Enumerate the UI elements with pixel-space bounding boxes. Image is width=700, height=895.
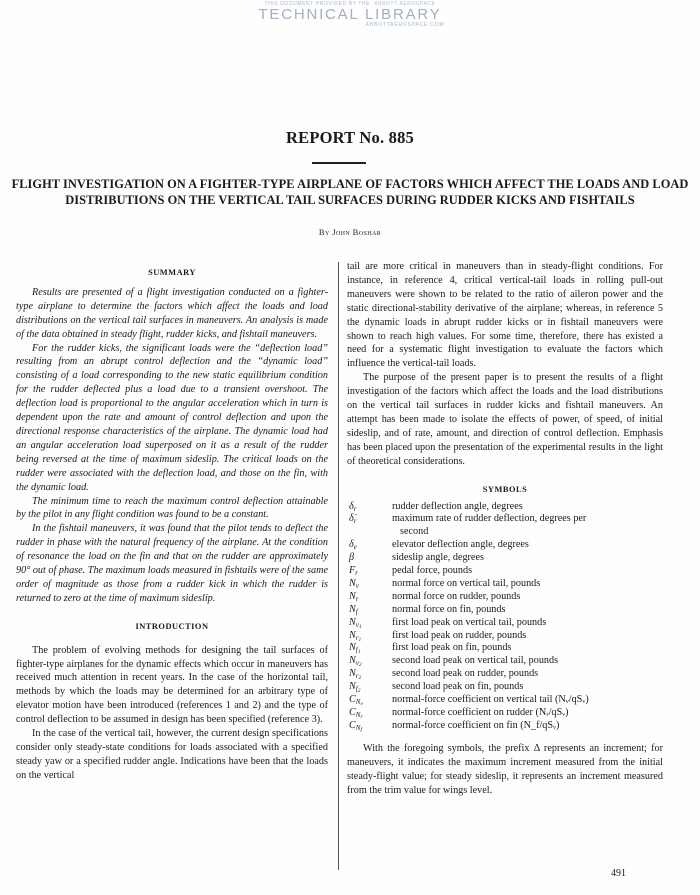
symbol-row: Nv1first load peak on vertical tail, pou…: [347, 617, 663, 630]
symbol-description: normal-force coefficient on vertical tai…: [392, 694, 663, 707]
summary-paragraph: In the fishtail maneuvers, it was found …: [16, 522, 328, 605]
symbol-description: second load peak on vertical tail, pound…: [392, 655, 663, 668]
symbol-row: Nrnormal force on rudder, pounds: [347, 591, 663, 604]
symbol-description: second load peak on fin, pounds: [392, 681, 663, 694]
symbol-key: Nr2: [347, 668, 392, 681]
symbol-description: second load peak on rudder, pounds: [392, 668, 663, 681]
symbol-description: first load peak on vertical tail, pounds: [392, 617, 663, 630]
symbol-row: Nv2second load peak on vertical tail, po…: [347, 655, 663, 668]
symbol-key: Nf1: [347, 642, 392, 655]
symbol-key: δr: [347, 501, 392, 514]
symbol-row: Nfnormal force on fin, pounds: [347, 604, 663, 617]
summary-paragraph: For the rudder kicks, the significant lo…: [16, 342, 328, 495]
symbol-row: CNfnormal-force coefficient on fin (N_f/…: [347, 720, 663, 733]
summary-paragraph: Results are presented of a flight invest…: [16, 286, 328, 342]
summary-paragraph: The minimum time to reach the maximum co…: [16, 495, 328, 523]
symbol-row: δrrudder deflection angle, degrees: [347, 501, 663, 514]
column-divider: [338, 262, 339, 870]
symbol-description: normal-force coefficient on fin (N_f/qSᵥ…: [392, 720, 663, 733]
symbol-key: Nv2: [347, 655, 392, 668]
title-rule: [312, 162, 366, 164]
symbol-description: normal force on fin, pounds: [392, 604, 663, 617]
summary-heading: SUMMARY: [16, 266, 328, 280]
symbol-key: Nf2: [347, 681, 392, 694]
symbol-row: βsideslip angle, degrees: [347, 552, 663, 565]
symbol-key: Nr: [347, 591, 392, 604]
symbol-key: δ̇r: [347, 513, 392, 539]
introduction-paragraph-continued: tail are more critical in maneuvers than…: [347, 260, 663, 371]
symbols-note: With the foregoing symbols, the prefix Δ…: [347, 742, 663, 798]
symbol-row: δ̇rmaximum rate of rudder deflection, de…: [347, 513, 663, 539]
paper-title: FLIGHT INVESTIGATION ON A FIGHTER-TYPE A…: [10, 176, 690, 208]
author-byline: By John Boshar: [0, 227, 700, 237]
symbol-description: first load peak on rudder, pounds: [392, 630, 663, 643]
report-number: REPORT No. 885: [0, 128, 700, 148]
symbol-description: elevator deflection angle, degrees: [392, 539, 663, 552]
symbol-description: normal-force coefficient on rudder (Nᵣ/q…: [392, 707, 663, 720]
symbol-description: sideslip angle, degrees: [392, 552, 663, 565]
symbol-row: Nf1first load peak on fin, pounds: [347, 642, 663, 655]
symbol-description: normal force on vertical tail, pounds: [392, 578, 663, 591]
symbol-description: pedal force, pounds: [392, 565, 663, 578]
symbol-row: Nf2second load peak on fin, pounds: [347, 681, 663, 694]
left-column: SUMMARY Results are presented of a fligh…: [16, 266, 328, 783]
symbol-description: first load peak on fin, pounds: [392, 642, 663, 655]
symbol-key: Nv1: [347, 617, 392, 630]
watermark-title: TECHNICAL LIBRARY: [0, 7, 700, 22]
symbol-key: CNr: [347, 707, 392, 720]
symbol-key: CNf: [347, 720, 392, 733]
symbols-heading: SYMBOLS: [347, 483, 663, 497]
symbol-key: Nr1: [347, 630, 392, 643]
introduction-paragraph: The problem of evolving methods for desi…: [16, 644, 328, 727]
symbol-row: CNvnormal-force coefficient on vertical …: [347, 694, 663, 707]
page-number: 491: [611, 868, 626, 879]
introduction-paragraph: In the case of the vertical tail, howeve…: [16, 727, 328, 783]
symbol-row: Frpedal force, pounds: [347, 565, 663, 578]
symbol-description: maximum rate of rudder deflection, degre…: [392, 513, 663, 539]
symbol-row: Nvnormal force on vertical tail, pounds: [347, 578, 663, 591]
symbol-description: rudder deflection angle, degrees: [392, 501, 663, 514]
summary-section: Results are presented of a flight invest…: [16, 286, 328, 606]
symbol-key: Fr: [347, 565, 392, 578]
symbol-description: normal force on rudder, pounds: [392, 591, 663, 604]
symbol-key: Nf: [347, 604, 392, 617]
symbols-list: δrrudder deflection angle, degreesδ̇rmax…: [347, 501, 663, 733]
introduction-paragraph: The purpose of the present paper is to p…: [347, 371, 663, 468]
watermark-logo: This Document Provided by theAbbott Aero…: [0, 1, 700, 28]
symbol-row: Nr2second load peak on rudder, pounds: [347, 668, 663, 681]
symbol-key: δe: [347, 539, 392, 552]
symbol-key: CNv: [347, 694, 392, 707]
symbol-key: Nv: [347, 578, 392, 591]
introduction-heading: INTRODUCTION: [16, 620, 328, 634]
watermark-url: abbottaerospace.com: [110, 22, 700, 28]
right-column: tail are more critical in maneuvers than…: [347, 260, 663, 797]
symbol-row: δeelevator deflection angle, degrees: [347, 539, 663, 552]
symbol-key: β: [347, 552, 392, 565]
symbol-row: Nr1first load peak on rudder, pounds: [347, 630, 663, 643]
symbol-row: CNrnormal-force coefficient on rudder (N…: [347, 707, 663, 720]
